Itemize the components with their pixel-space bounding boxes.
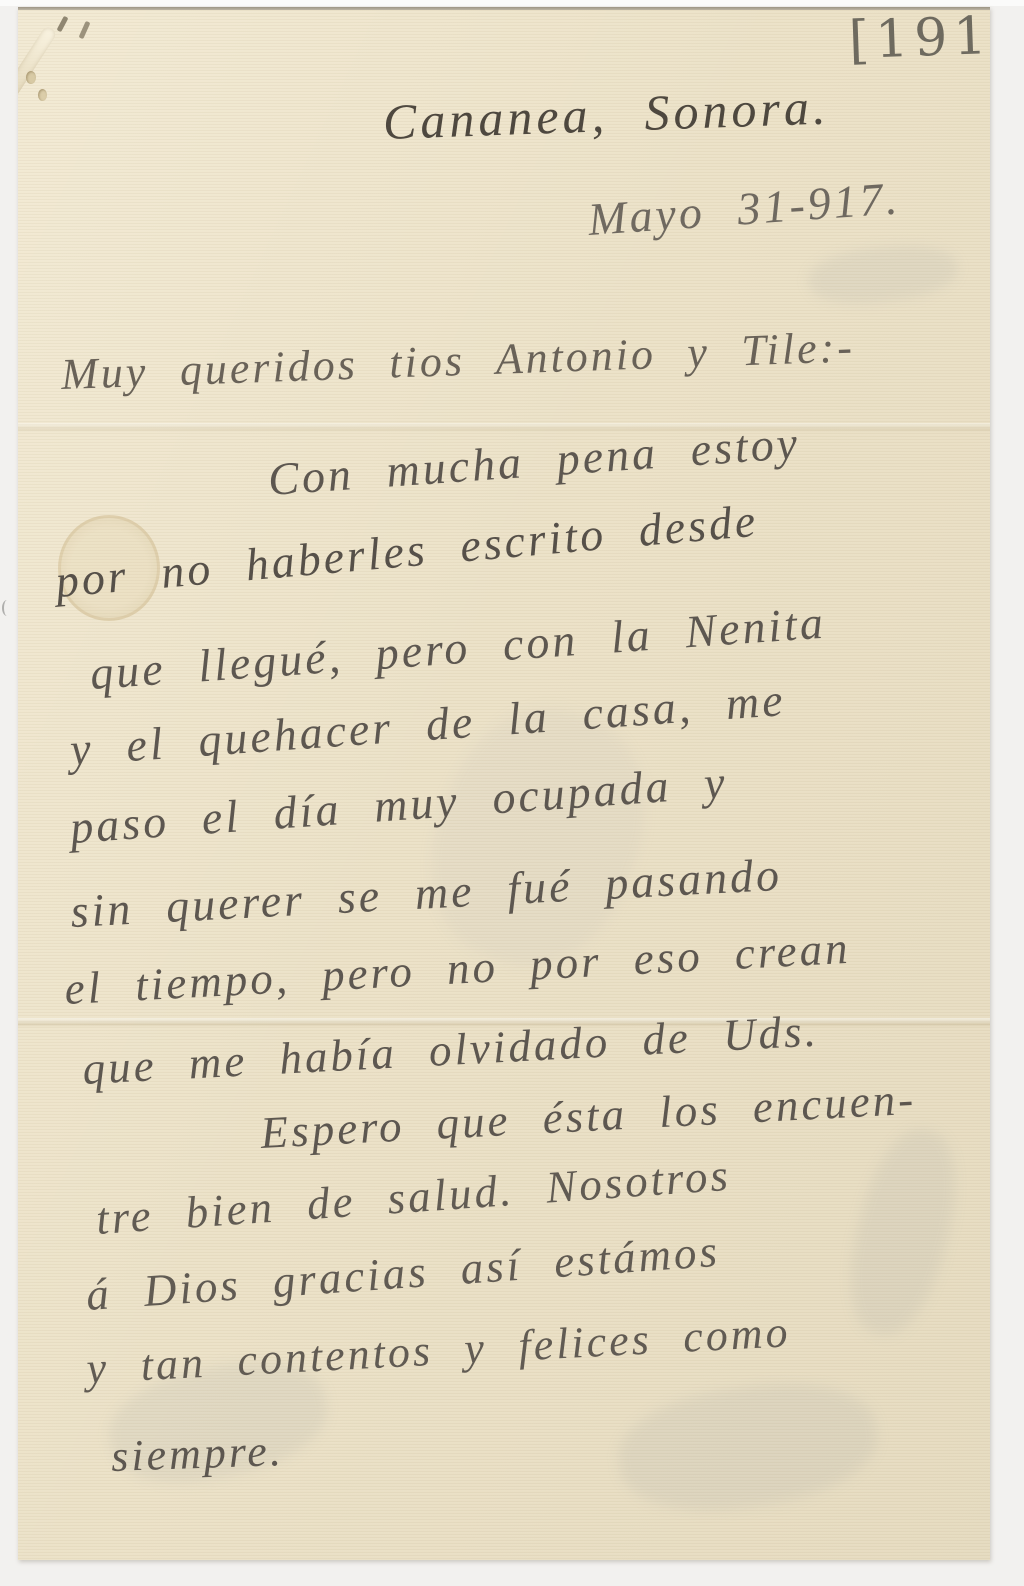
letter-line: Espero que ésta los encuen-: [259, 1073, 917, 1159]
margin-mark: [2, 600, 12, 616]
letter-place: Cananea, Sonora.: [382, 77, 830, 151]
scan-backdrop: [1917] Cananea, Sonora. Mayo 31-917. Muy…: [0, 0, 1024, 1586]
fold-crease: [18, 423, 990, 432]
corner-tear-mark: [79, 21, 91, 39]
letter-line: siempre.: [110, 1425, 284, 1482]
letter-line: por no haberles escrito desde: [53, 494, 760, 608]
year-annotation: [1917]: [848, 7, 990, 71]
letter-paper: [1917] Cananea, Sonora. Mayo 31-917. Muy…: [18, 7, 990, 1560]
letter-line: sin querer se me fué pasando: [69, 848, 783, 938]
corner-tear-mark: [57, 16, 69, 32]
paper-top-edge: [18, 7, 990, 10]
corner-tear-hole: [26, 71, 36, 84]
letter-line: y tan contentos y felices como: [85, 1306, 791, 1394]
ink-showthrough: [834, 1119, 972, 1345]
ink-showthrough: [611, 1369, 885, 1524]
letter-salutation: Muy queridos tios Antonio y Tile:-: [60, 321, 855, 400]
ink-showthrough: [806, 239, 961, 309]
letter-date: Mayo 31-917.: [586, 171, 901, 246]
corner-tear-hole: [38, 89, 47, 101]
